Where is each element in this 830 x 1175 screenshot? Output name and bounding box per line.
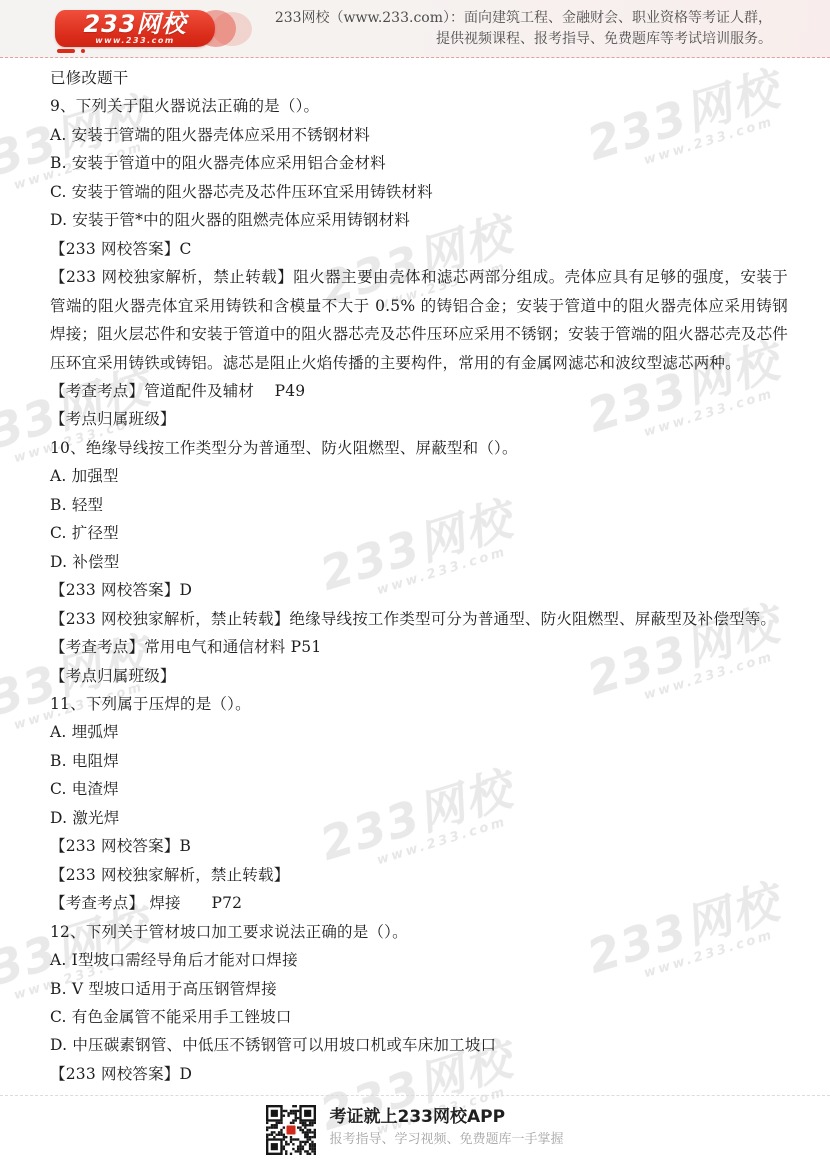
question-10-answer: 【233 网校答案】D [50,576,788,604]
question-11-option-d: D. 激光焊 [50,804,788,832]
question-11-analysis: 【233 网校独家解析，禁止转载】 [50,861,788,889]
tagline-line-1: 233网校（www.233.com）：面向建筑工程、金融财会、职业资格等考证人群… [275,8,772,29]
question-9-stem: 9、下列关于阻火器说法正确的是（）。 [50,92,788,120]
logo-dot-icon [81,49,85,53]
question-9-class: 【考点归属班级】 [50,405,788,433]
question-9-answer: 【233 网校答案】C [50,235,788,263]
question-12-stem: 12、下列关于管材坡口加工要求说法正确的是（）。 [50,918,788,946]
app-promo-subtitle: 报考指导、学习视频、免费题库一手掌握 [329,1131,563,1149]
document-page: 233网校www.233.com233网校www.233.com233网校www… [0,0,830,1175]
question-12-option-a: A. Ⅰ型坡口需经导角后才能对口焊接 [50,946,788,974]
tagline-line-2: 提供视频课程、报考指导、免费题库等考试培训服务。 [275,29,772,50]
question-9-exam-point: 【考查考点】管道配件及辅材 P49 [50,377,788,405]
question-9-option-d: D. 安装于管*中的阻火器的阻燃壳体应采用铸钢材料 [50,206,788,234]
question-10-option-a: A. 加强型 [50,462,788,490]
question-12-option-c: C. 有色金属管不能采用手工锉坡口 [50,1003,788,1031]
question-content: 已修改题干9、下列关于阻火器说法正确的是（）。A. 安装于管端的阻火器壳体应采用… [0,58,830,1088]
modified-stem-note: 已修改题干 [50,64,788,92]
question-11-option-b: B. 电阻焊 [50,747,788,775]
question-10-option-c: C. 扩径型 [50,519,788,547]
question-9-option-a: A. 安装于管端的阻火器壳体应采用不锈钢材料 [50,121,788,149]
question-10-exam-point: 【考查考点】常用电气和通信材料 P51 [50,633,788,661]
app-promo-title: 考证就上233网校APP [329,1106,563,1128]
question-10-class: 【考点归属班级】 [50,662,788,690]
question-10-analysis: 【233 网校独家解析，禁止转载】绝缘导线按工作类型可分为普通型、防火阻燃型、屏… [50,605,788,633]
question-10-stem: 10、绝缘导线按工作类型分为普通型、防火阻燃型、屏蔽型和（）。 [50,434,788,462]
question-12-answer: 【233 网校答案】D [50,1060,788,1088]
question-11-stem: 11、下列属于压焊的是（）。 [50,690,788,718]
question-9-analysis: 【233 网校独家解析，禁止转载】阻火器主要由壳体和滤芯两部分组成。壳体应具有足… [50,263,788,377]
logo-title: 233网校 [83,12,186,36]
question-11-option-a: A. 埋弧焊 [50,718,788,746]
app-qr-code [266,1105,316,1155]
logo-swoosh-icon [212,12,252,46]
question-9-option-c: C. 安装于管端的阻火器芯壳及芯件压环宜采用铸铁材料 [50,178,788,206]
233-school-logo: 233网校 www.233.com [55,10,215,47]
app-promo: 考证就上233网校APP 报考指导、学习视频、免费题库一手掌握 [329,1105,563,1149]
logo-dash-icon [57,49,75,53]
question-10-option-b: B. 轻型 [50,491,788,519]
question-11-exam-point: 【考查考点】 焊接 P72 [50,889,788,917]
question-9-option-b: B. 安装于管道中的阻火器壳体应采用铝合金材料 [50,149,788,177]
question-11-option-c: C. 电渣焊 [50,775,788,803]
page-footer: 考证就上233网校APP 报考指导、学习视频、免费题库一手掌握 [0,1095,830,1155]
question-11-answer: 【233 网校答案】B [50,832,788,860]
header-tagline: 233网校（www.233.com）：面向建筑工程、金融财会、职业资格等考证人群… [275,8,772,49]
logo-url-text: www.233.com [95,36,175,45]
question-12-option-d: D. 中压碳素钢管、中低压不锈钢管可以用坡口机或车床加工坡口 [50,1031,788,1059]
question-10-option-d: D. 补偿型 [50,548,788,576]
question-12-option-b: B. V 型坡口适用于高压钢管焊接 [50,975,788,1003]
page-header: 233网校 www.233.com 233网校（www.233.com）：面向建… [0,0,830,58]
